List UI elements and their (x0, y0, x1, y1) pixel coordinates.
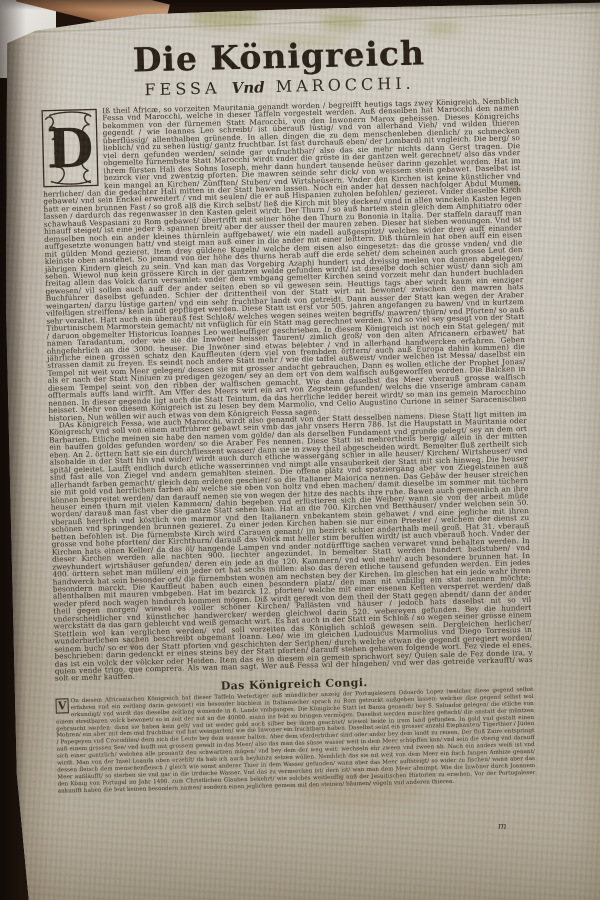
quire-signature-mark: m (498, 822, 507, 832)
paragraph-2: DAs Königreich Fessa, wie auch Marocchi,… (49, 410, 533, 682)
svg-text:D: D (46, 116, 94, 181)
body-text-block: D Iß theil Africæ, so vorzeiten Mauritan… (41, 97, 533, 682)
paper-stain (190, 8, 260, 28)
small-text-body: On diesem Africanischen Königreich hat d… (56, 687, 536, 794)
printed-area: Die Königreich FESSA Vnd MAROCCHI. D Iß … (39, 33, 536, 830)
small-text-block: VOn diesem Africanischen Königreich hat … (55, 687, 536, 831)
title-marocchi: MAROCCHI. (275, 74, 414, 96)
title-vnd: Vnd (229, 78, 266, 97)
small-initial-v: V (55, 698, 68, 713)
paper-stain (320, 14, 366, 30)
drop-cap-woodcut-icon: D (41, 108, 99, 187)
title-fessa: FESSA (144, 78, 220, 99)
drop-cap-initial: D (41, 108, 99, 187)
book-page: Die Königreich FESSA Vnd MAROCCHI. D Iß … (0, 0, 600, 900)
paragraph-1: Iß theil Africæ, so vorzeiten Mauritania… (41, 97, 527, 422)
book-photo: Die Königreich FESSA Vnd MAROCCHI. D Iß … (0, 0, 600, 900)
paper-stain (425, 22, 459, 35)
